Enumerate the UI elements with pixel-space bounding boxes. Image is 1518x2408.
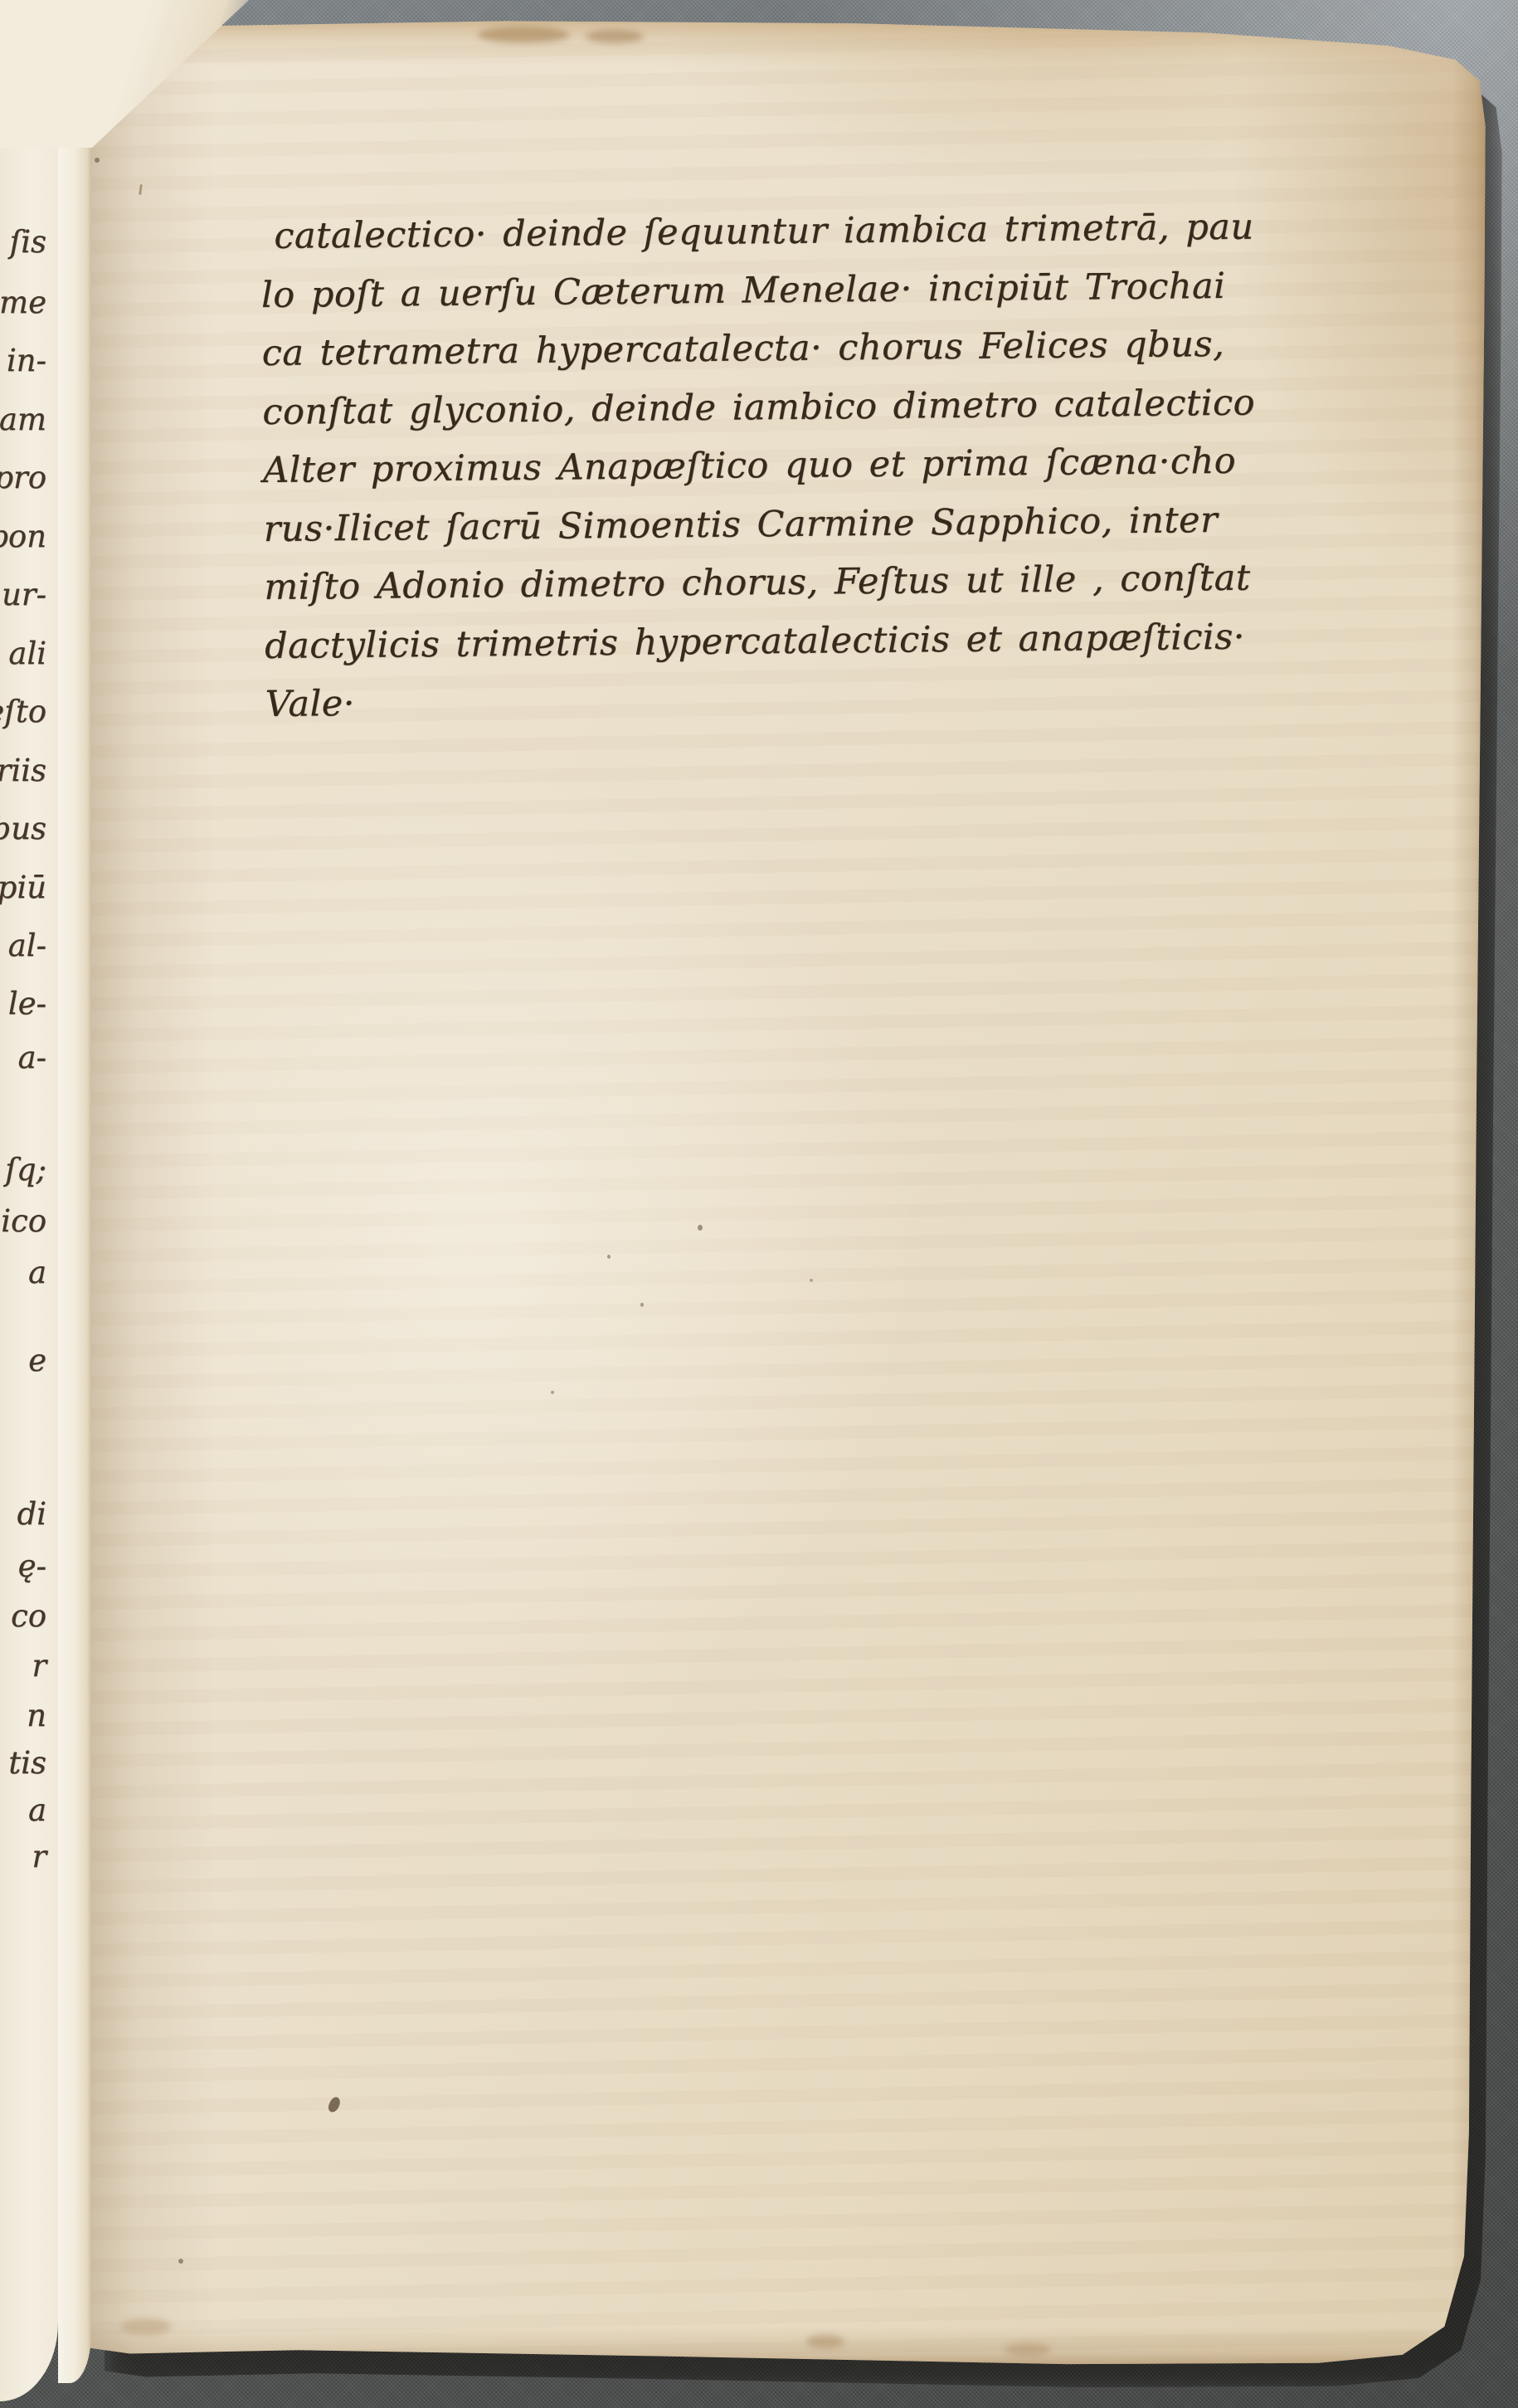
left-page-text-fragment: a: [28, 1256, 46, 1289]
paper-speck: [607, 1255, 611, 1259]
paper-speck: [640, 1303, 644, 1307]
left-page-text-fragment: bus: [0, 812, 46, 846]
text-line: rus·Ilicet ſacrū Simoentis Carmine Sapph…: [263, 490, 1379, 558]
left-page-text-fragment: us ſis: [0, 226, 46, 259]
left-page-text-fragment: ę-: [18, 1550, 46, 1583]
text-line: Vale·: [265, 665, 1381, 734]
paper-speck: [326, 2095, 343, 2113]
left-page-text-fragment: eſto: [0, 695, 46, 729]
text-line: ca tetrametra hypercatalecta· chorus Fel…: [261, 314, 1378, 383]
left-page-text-fragment: piū: [0, 871, 46, 904]
left-page-text-fragment: in-: [7, 344, 46, 378]
paper-speck: [551, 1391, 554, 1394]
paper-speck: [95, 158, 100, 163]
left-page-text-fragment: ſq;: [5, 1153, 46, 1187]
paper-speck: [698, 1225, 703, 1231]
bottom-edge-stain: [121, 2318, 171, 2335]
photo-of-book-on-fabric: { "scene": { "description": "Photograph …: [0, 0, 1518, 2408]
left-page-text-fragment: a: [28, 1794, 46, 1827]
bottom-edge-stain: [1005, 2343, 1051, 2357]
left-page-text-fragment: e: [28, 1344, 46, 1377]
left-page-text-fragment: r: [32, 1650, 46, 1683]
left-page-text-fragment: al-: [8, 929, 46, 963]
page-text-block: catalectico· deinde ſequuntur iambica tr…: [260, 197, 1381, 734]
text-line: catalectico· deinde ſequuntur iambica tr…: [260, 197, 1377, 266]
paper-speck: [810, 1279, 813, 1282]
top-edge-stain: [586, 30, 644, 43]
text-line: Alter proximus Anapæſtico quo et prima ſ…: [263, 431, 1379, 500]
bottom-edge-stain: [806, 2335, 844, 2348]
left-page-text-fragment: le-: [8, 987, 46, 1021]
text-line: lo poſt a uerſu Cæterum Menelae· incipiū…: [261, 256, 1378, 324]
right-page: catalectico· deinde ſequuntur iambica tr…: [88, 20, 1486, 2367]
left-page-text-fragment: co: [11, 1600, 46, 1633]
left-page-text-fragment: ali: [8, 637, 46, 670]
left-page-text-fragment: ur-: [2, 578, 46, 612]
left-page-edge-strip: us ſis rime in- uam pro ſpon ur- ali eſt…: [0, 0, 58, 2401]
left-page-text-fragment: ico: [1, 1205, 46, 1238]
left-page-text-fragment: pro: [0, 461, 46, 495]
left-page-fore-edge: [58, 0, 91, 2383]
paper-speck: [178, 2259, 183, 2264]
left-page-text-fragment: n: [27, 1699, 46, 1733]
left-page-text-fragment: rime: [0, 286, 46, 319]
left-page-text-fragment: tis: [8, 1747, 46, 1780]
left-page-text-fragment: a-: [17, 1041, 46, 1075]
text-line: miſto Adonio dimetro chorus, Feſtus ut i…: [264, 548, 1380, 617]
left-page-text-fragment: uam: [0, 403, 46, 436]
left-page-text-fragment: riis: [0, 754, 46, 787]
paper-speck: [139, 184, 143, 195]
left-page-text-fragment: di: [17, 1498, 46, 1531]
left-page-text-fragment: ſpon: [0, 520, 46, 553]
text-line: conſtat glyconio, deinde iambico dimetro…: [262, 373, 1379, 441]
left-page-text-fragment: r: [32, 1840, 46, 1874]
top-edge-stain: [478, 27, 569, 43]
text-line: dactylicis trimetris hypercatalecticis e…: [265, 607, 1381, 675]
